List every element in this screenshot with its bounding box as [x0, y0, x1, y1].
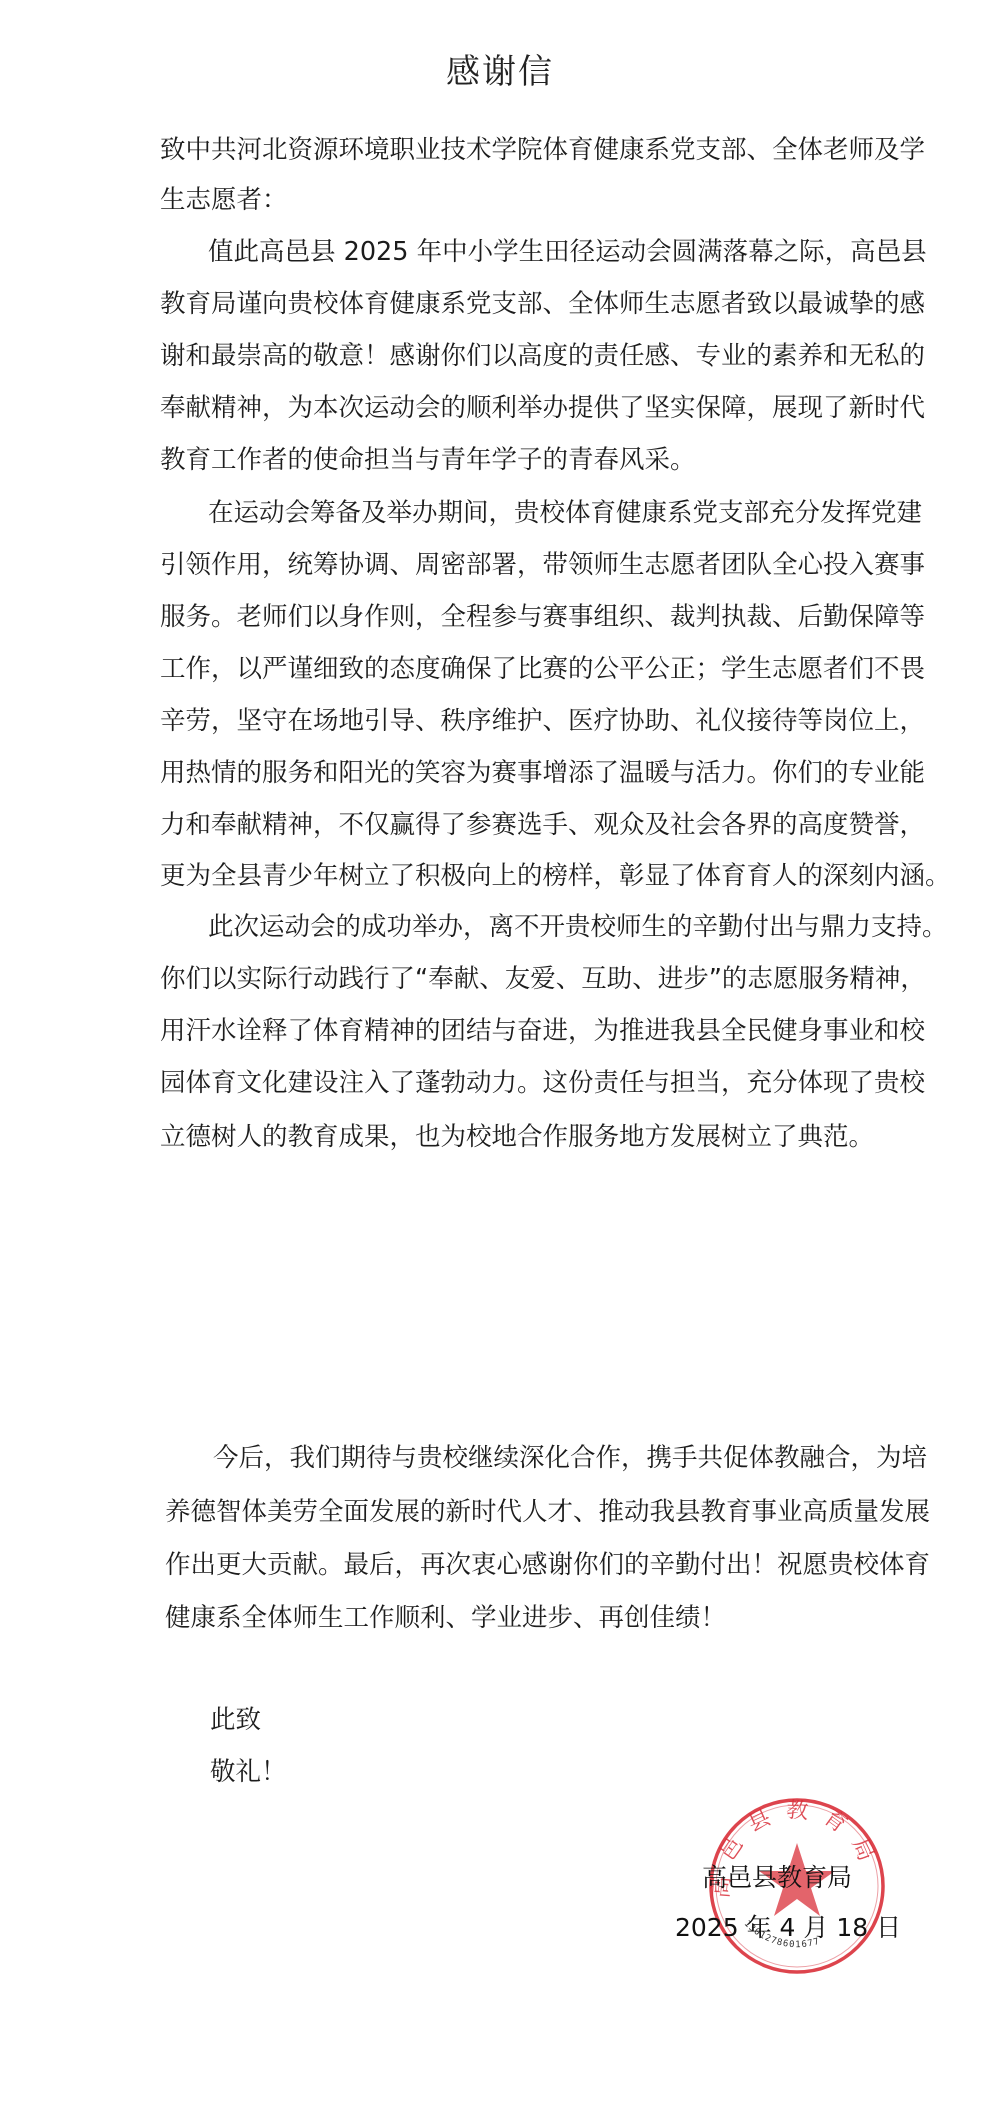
paragraph-line: 教育局谨向贵校体育健康系党支部、全体师生志愿者致以最诚挚的感 [160, 288, 925, 320]
salutation-line: 致中共河北资源环境职业技术学院体育健康系党支部、全体老师及学 [160, 134, 925, 166]
paragraph-line: 今后，我们期待与贵校继续深化合作，携手共促体教融合，为培 [213, 1442, 927, 1474]
paragraph-line: 你们以实际行动践行了“奉献、友爱、互助、进步”的志愿服务精神， [160, 963, 926, 995]
signature-organization: 高邑县教育局 [702, 1862, 852, 1894]
paragraph-line: 谢和最崇高的敬意！感谢你们以高度的责任感、专业的素养和无私的 [160, 340, 925, 372]
paragraph-line: 在运动会筹备及举办期间，贵校体育健康系党支部充分发挥党建 [208, 497, 922, 529]
paragraph-line: 养德智体美劳全面发展的新时代人才、推动我县教育事业高质量发展 [165, 1496, 930, 1528]
paragraph-line: 值此高邑县 2025 年中小学生田径运动会圆满落幕之际，高邑县 [208, 236, 927, 268]
paragraph-line: 健康系全体师生工作顺利、学业进步、再创佳绩！ [165, 1602, 726, 1634]
paragraph-line: 园体育文化建设注入了蓬勃动力。这份责任与担当，充分体现了贵校 [160, 1067, 925, 1099]
paragraph-line: 教育工作者的使命担当与青年学子的青春风采。 [160, 444, 696, 476]
paragraph-line: 辛劳，坚守在场地引导、秩序维护、医疗协助、礼仪接待等岗位上， [160, 705, 925, 737]
paragraph-line: 用热情的服务和阳光的笑容为赛事增添了温暖与活力。你们的专业能 [160, 757, 925, 789]
paragraph-line: 服务。老师们以身作则，全程参与赛事组织、裁判执裁、后勤保障等 [160, 601, 925, 633]
paragraph-line: 引领作用，统筹协调、周密部署，带领师生志愿者团队全心投入赛事 [160, 549, 925, 581]
paragraph-line: 力和奉献精神，不仅赢得了参赛选手、观众及社会各界的高度赞誉， [160, 809, 925, 841]
paragraph-line: 工作，以严谨细致的态度确保了比赛的公平公正；学生志愿者们不畏 [160, 653, 925, 685]
signature-date: 2025 年 4 月 18 日 [675, 1912, 901, 1944]
paragraph-line: 此次运动会的成功举办，离不开贵校师生的辛勤付出与鼎力支持。 [208, 911, 948, 943]
page-title: 感谢信 [0, 52, 1000, 92]
paragraph-line: 用汗水诠释了体育精神的团结与奋进，为推进我县全民健身事业和校 [160, 1015, 925, 1047]
salutation-line: 生志愿者： [160, 184, 288, 216]
closing-line: 此致 [210, 1704, 261, 1736]
paragraph-line: 立德树人的教育成果，也为校地合作服务地方发展树立了典范。 [160, 1121, 874, 1153]
paragraph-line: 奉献精神，为本次运动会的顺利举办提供了坚实保障，展现了新时代 [160, 392, 925, 424]
closing-line: 敬礼！ [210, 1756, 287, 1788]
paragraph-line: 更为全县青少年树立了积极向上的榜样，彰显了体育育人的深刻内涵。 [160, 860, 951, 892]
paragraph-line: 作出更大贡献。最后，再次衷心感谢你们的辛勤付出！祝愿贵校体育 [165, 1549, 930, 1581]
